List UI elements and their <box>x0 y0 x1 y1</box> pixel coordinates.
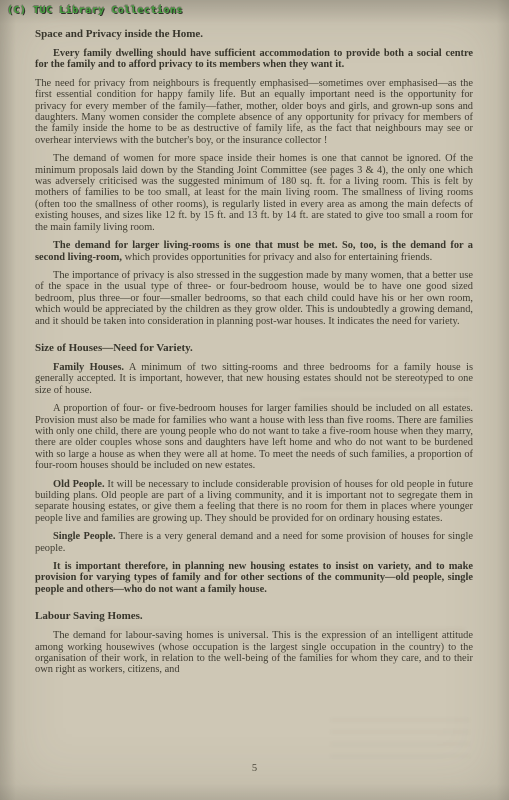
runin-head-family-houses: Family Houses. <box>53 362 124 373</box>
watermark-text: (C) TUC Library Collections <box>7 5 183 16</box>
paragraph-labour-saving: The demand for labour-saving homes is un… <box>35 630 473 676</box>
page-content: Space and Privacy inside the Home. Every… <box>35 28 473 683</box>
paragraph-proportion-of-houses: A proportion of four- or five-bedroom ho… <box>35 403 473 471</box>
scanned-page: (C) TUC Library Collections Space and Pr… <box>0 0 509 800</box>
runin-head-old-people: Old People. <box>53 479 105 490</box>
paragraph-importance-of-privacy: The importance of privacy is also stress… <box>35 270 473 327</box>
paragraph-larger-living-rooms: The demand for larger living-rooms is on… <box>35 240 473 263</box>
heading-labour-saving-homes: Labour Saving Homes. <box>35 610 473 622</box>
paragraph-old-people: Old People. It will be necessary to incl… <box>35 479 473 525</box>
paragraph-family-houses: Family Houses. A minimum of two sitting-… <box>35 362 473 396</box>
paragraph-insist-on-variety: It is important therefore, in planning n… <box>35 561 473 595</box>
paragraph-rest: which provides opportunities for privacy… <box>122 252 432 263</box>
paragraph-accommodation: Every family dwelling should have suffic… <box>35 48 473 71</box>
heading-size-of-houses: Size of Houses—Need for Variety. <box>35 342 473 354</box>
paragraph-demand-for-space: The demand of women for more space insid… <box>35 153 473 233</box>
page-number: 5 <box>0 763 509 774</box>
paragraph-single-people: Single People. There is a very general d… <box>35 531 473 554</box>
runin-head-single-people: Single People. <box>53 531 116 542</box>
showthrough-mark <box>330 718 470 758</box>
paragraph-need-for-privacy: The need for privacy from neighbours is … <box>35 78 473 146</box>
heading-space-and-privacy: Space and Privacy inside the Home. <box>35 28 473 40</box>
